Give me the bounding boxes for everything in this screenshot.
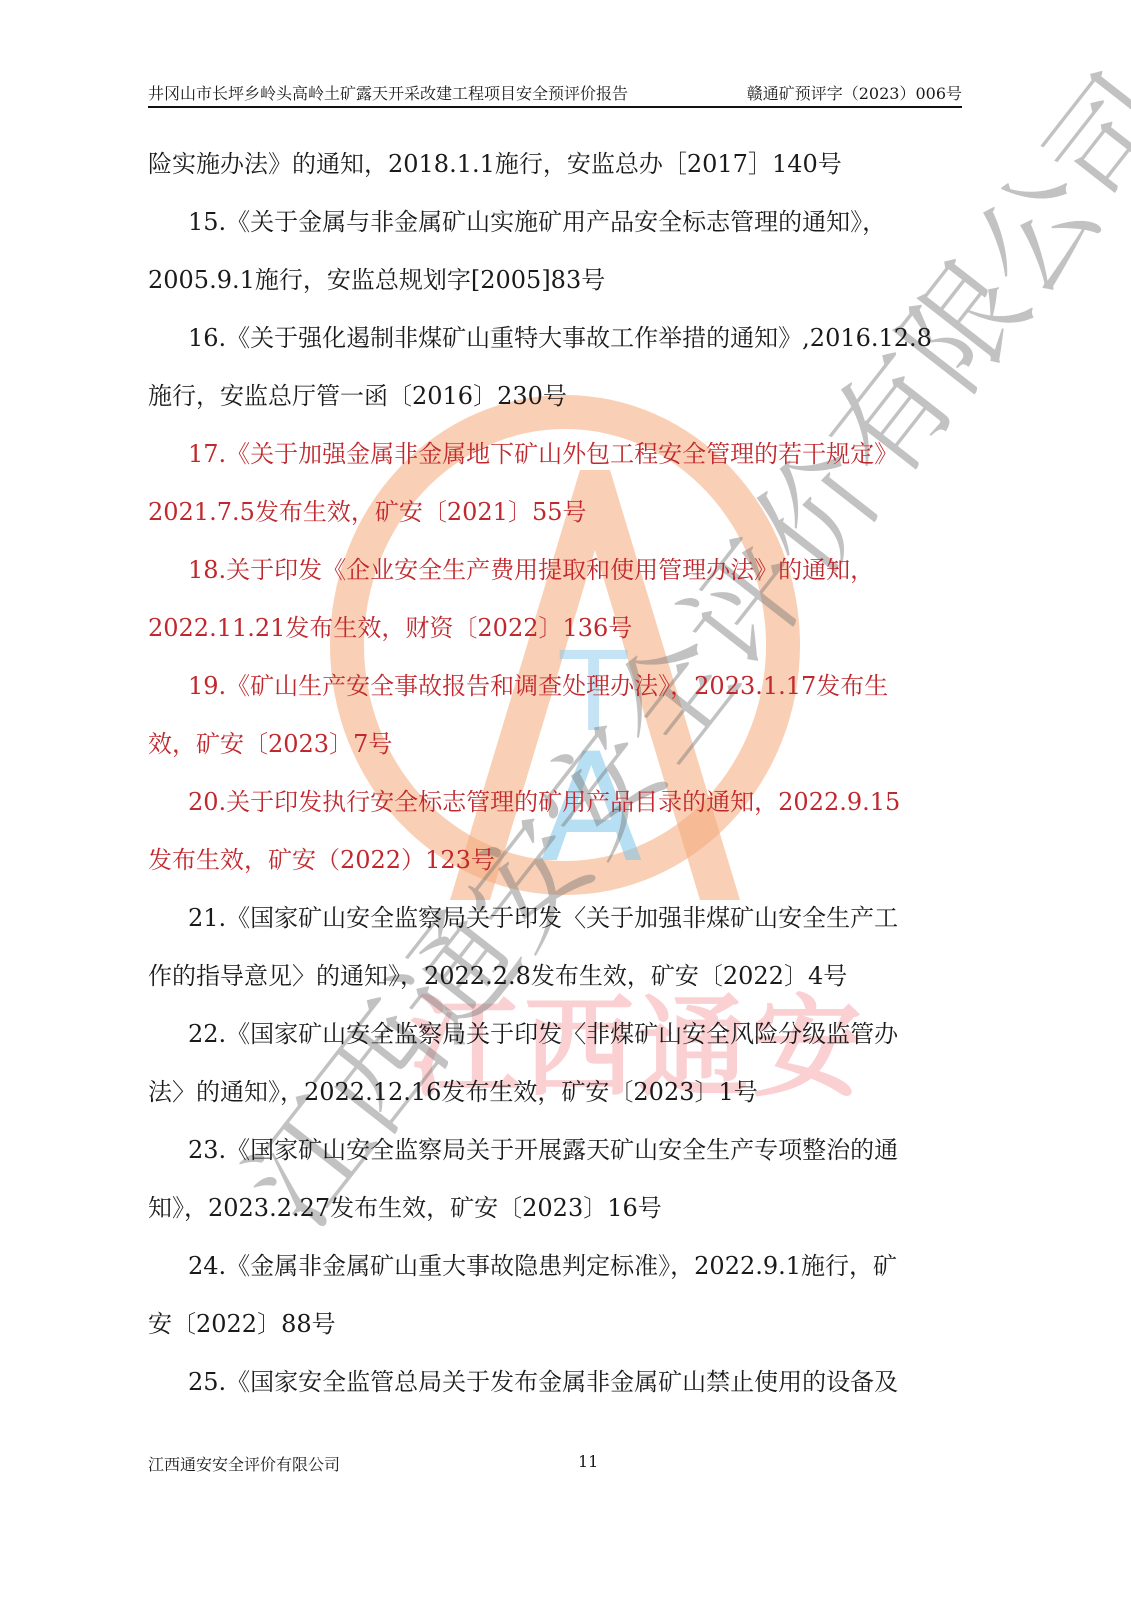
text-line: 19.《矿山生产安全事故报告和调查处理办法》，2023.1.17发布生 xyxy=(148,664,962,722)
page-number: 11 xyxy=(578,1452,598,1471)
text-line: 22.《国家矿山安全监察局关于印发〈非煤矿山安全风险分级监管办 xyxy=(148,1012,962,1070)
text-line: 2005.9.1施行，安监总规划字[2005]83号 xyxy=(148,258,962,316)
text-line: 16.《关于强化遏制非煤矿山重特大事故工作举措的通知》,2016.12.8 xyxy=(148,316,962,374)
text-line: 2021.7.5发布生效，矿安〔2021〕55号 xyxy=(148,490,962,548)
text-line: 17.《关于加强金属非金属地下矿山外包工程安全管理的若干规定》 xyxy=(148,432,962,490)
document-number: 赣通矿预评字（2023）006号 xyxy=(747,81,962,104)
document-body: 险实施办法》的通知，2018.1.1施行，安监总办［2017］140号15.《关… xyxy=(148,142,962,1418)
text-line: 施行，安监总厅管一函〔2016〕230号 xyxy=(148,374,962,432)
text-line: 20.关于印发执行安全标志管理的矿用产品目录的通知，2022.9.15 xyxy=(148,780,962,838)
text-line: 24.《金属非金属矿山重大事故隐患判定标准》，2022.9.1施行，矿 xyxy=(148,1244,962,1302)
text-line: 效，矿安〔2023〕7号 xyxy=(148,722,962,780)
text-line: 18.关于印发《企业安全生产费用提取和使用管理办法》的通知， xyxy=(148,548,962,606)
text-line: 15.《关于金属与非金属矿山实施矿用产品安全标志管理的通知》， xyxy=(148,200,962,258)
text-line: 发布生效，矿安（2022）123号 xyxy=(148,838,962,896)
report-title: 井冈山市长坪乡岭头高岭土矿露天开采改建工程项目安全预评价报告 xyxy=(148,81,628,104)
footer-company: 江西通安安全评价有限公司 xyxy=(148,1452,340,1475)
text-line: 2022.11.21发布生效，财资〔2022〕136号 xyxy=(148,606,962,664)
page-header: 井冈山市长坪乡岭头高岭土矿露天开采改建工程项目安全预评价报告 赣通矿预评字（20… xyxy=(148,78,962,108)
page-footer: 江西通安安全评价有限公司 11 xyxy=(148,1452,962,1476)
text-line: 险实施办法》的通知，2018.1.1施行，安监总办［2017］140号 xyxy=(148,142,962,200)
text-line: 知》，2023.2.27发布生效，矿安〔2023〕16号 xyxy=(148,1186,962,1244)
text-line: 法〉的通知》，2022.12.16发布生效，矿安〔2023〕1号 xyxy=(148,1070,962,1128)
text-line: 安〔2022〕88号 xyxy=(148,1302,962,1360)
text-line: 23.《国家矿山安全监察局关于开展露天矿山安全生产专项整治的通 xyxy=(148,1128,962,1186)
text-line: 25.《国家安全监管总局关于发布金属非金属矿山禁止使用的设备及 xyxy=(148,1360,962,1418)
text-line: 作的指导意见〉的通知》，2022.2.8发布生效，矿安〔2022〕4号 xyxy=(148,954,962,1012)
text-line: 21.《国家矿山安全监察局关于印发〈关于加强非煤矿山安全生产工 xyxy=(148,896,962,954)
